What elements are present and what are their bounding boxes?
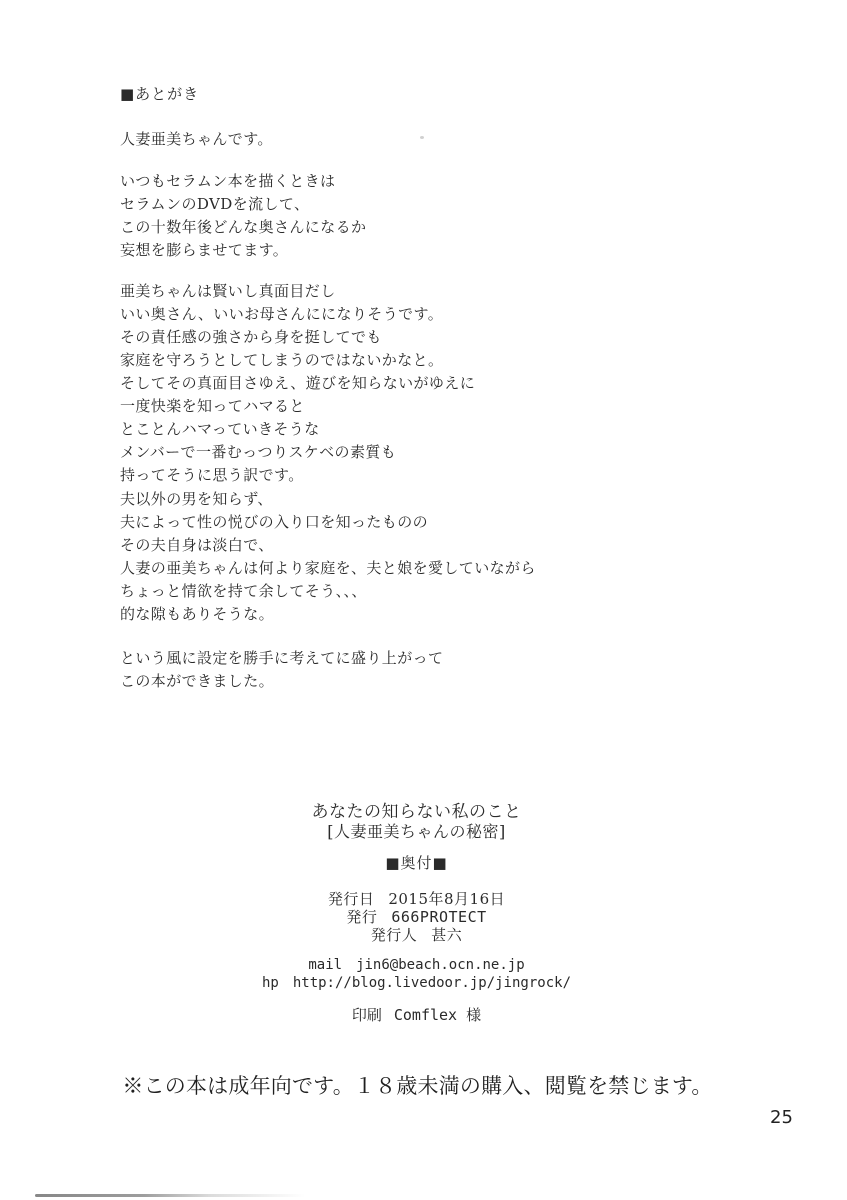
afterword-paragraph-2: いつもセラムン本を描くときは セラムンのDVDを流して、 この十数年後どんな奥さ… (120, 170, 366, 262)
afterword-line: 的な隙もありそうな。 (120, 603, 536, 626)
afterword-paragraph-3: 亜美ちゃんは賢いし真面目だし いい奥さん、いいお母さんにになりそうです。 その責… (120, 280, 475, 487)
afterword-line: いつもセラムン本を描くときは (120, 170, 366, 193)
printer-label: 印刷 (352, 1006, 382, 1024)
afterword-line: ちょっと情欲を持て余してそう、、、 (120, 580, 536, 603)
afterword-heading: ■あとがき (120, 83, 199, 104)
afterword-paragraph-4: 夫以外の男を知らず、 夫によって性の悦びの入り口を知ったものの その夫自身は淡白… (120, 488, 536, 626)
scan-artifact-strip (35, 1194, 305, 1197)
publication-date-value: 2015年8月16日 (388, 890, 505, 908)
afterword-line: 持ってそうに思う訳です。 (120, 464, 475, 487)
afterword-line: 一度快楽を知ってハマると (120, 395, 475, 418)
page-number: 25 (770, 1107, 793, 1128)
afterword-line: 人妻亜美ちゃんです。 (120, 128, 273, 151)
afterword-line: セラムンのDVDを流して、 (120, 193, 366, 216)
printer-row: 印刷Comflex 様 (0, 1006, 840, 1024)
publisher-label: 発行 (346, 908, 377, 926)
afterword-line: 人妻の亜美ちゃんは何より家庭を、夫と娘を愛していながら (120, 557, 536, 580)
printer-value: Comflex 様 (394, 1006, 481, 1024)
afterword-line: その夫自身は淡白で、 (120, 534, 536, 557)
scan-artifact-speck (420, 136, 424, 139)
afterword-line: いい奥さん、いいお母さんにになりそうです。 (120, 303, 475, 326)
publication-date-label: 発行日 (328, 890, 375, 908)
afterword-line: メンバーで一番むっつりスケベの素質も (120, 441, 475, 464)
colophon-heading: ■奥付■ (0, 854, 840, 872)
contact-rows: mailjin6@beach.ocn.ne.jp hphttp://blog.l… (0, 956, 840, 992)
publisher-row: 発行666PROTECT (0, 908, 840, 926)
afterword-line: 夫以外の男を知らず、 (120, 488, 536, 511)
scanned-doujinshi-page: ■あとがき 人妻亜美ちゃんです。 いつもセラムン本を描くときは セラムンのDVD… (0, 0, 847, 1200)
adult-warning: ※この本は成年向です。１８歳未満の購入、閲覧を禁じます。 (0, 1070, 841, 1100)
publication-rows: 発行日2015年8月16日 発行666PROTECT 発行人甚六 (0, 890, 840, 944)
mail-row: mailjin6@beach.ocn.ne.jp (0, 956, 840, 974)
afterword-line: そしてその真面目さゆえ、遊びを知らないがゆえに (120, 372, 475, 395)
book-subtitle: [人妻亜美ちゃんの秘密] (0, 822, 840, 842)
afterword-line: この十数年後どんな奥さんになるか (120, 216, 366, 239)
afterword-line: という風に設定を勝手に考えてに盛り上がって (120, 647, 443, 670)
afterword-paragraph-1: 人妻亜美ちゃんです。 (120, 128, 273, 151)
afterword-line: この本ができました。 (120, 670, 443, 693)
mail-label: mail (308, 957, 342, 973)
afterword-line: 亜美ちゃんは賢いし真面目だし (120, 280, 475, 303)
homepage-row: hphttp://blog.livedoor.jp/jingrock/ (0, 974, 840, 992)
afterword-line: 夫によって性の悦びの入り口を知ったものの (120, 511, 536, 534)
homepage-url: http://blog.livedoor.jp/jingrock/ (293, 975, 571, 991)
afterword-paragraph-5: という風に設定を勝手に考えてに盛り上がって この本ができました。 (120, 647, 443, 693)
publisher-person-label: 発行人 (371, 926, 418, 944)
afterword-line: とことんハマっていきそうな (120, 418, 475, 441)
book-title: あなたの知らない私のこと (0, 802, 840, 822)
publisher-value: 666PROTECT (391, 908, 486, 926)
afterword-line: 妄想を膨らませてます。 (120, 239, 366, 262)
publication-date-row: 発行日2015年8月16日 (0, 890, 840, 908)
homepage-label: hp (262, 975, 279, 991)
publisher-person-value: 甚六 (431, 926, 462, 944)
mail-address: jin6@beach.ocn.ne.jp (356, 957, 525, 973)
afterword-line: 家庭を守ろうとしてしまうのではないかなと。 (120, 349, 475, 372)
publisher-person-row: 発行人甚六 (0, 926, 840, 944)
afterword-line: その責任感の強さから身を挺してでも (120, 326, 475, 349)
colophon-section: あなたの知らない私のこと [人妻亜美ちゃんの秘密] ■奥付■ 発行日2015年8… (0, 802, 840, 1024)
